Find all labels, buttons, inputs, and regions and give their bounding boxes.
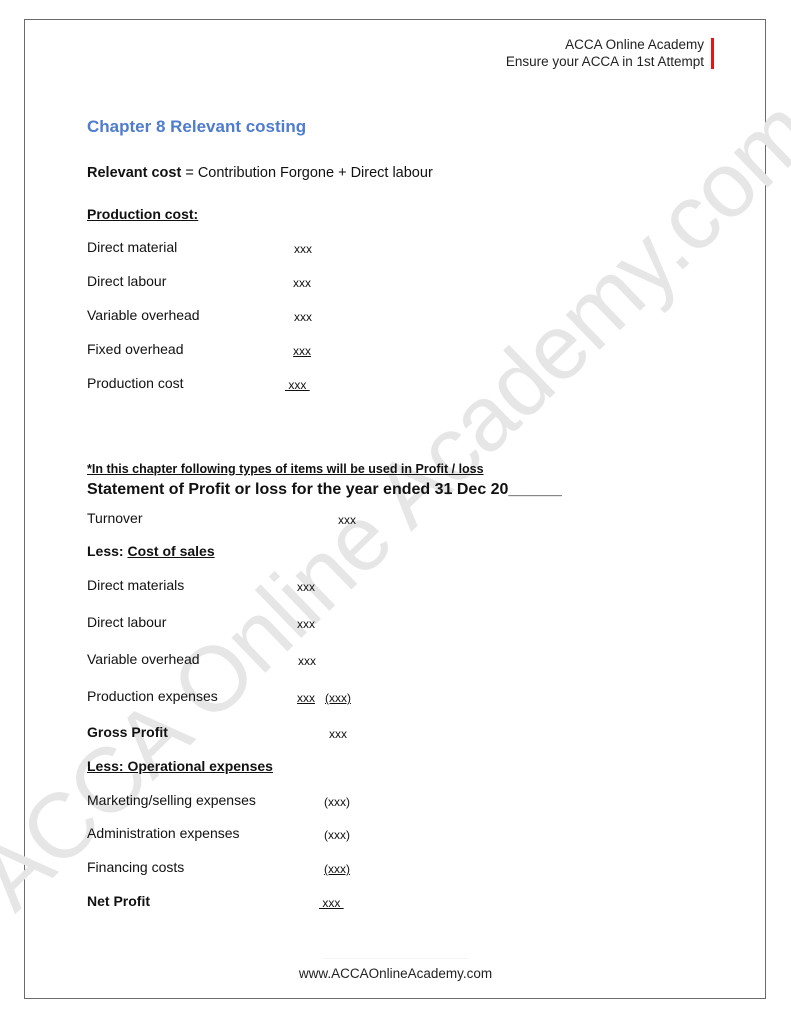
opex-row-label: Administration expenses [87,825,240,841]
cos-row-label: Direct materials [87,577,184,593]
footer-divider [323,958,468,959]
pc-row-label: Direct labour [87,273,166,289]
formula-term: Relevant cost [87,165,181,181]
cos-row-label: Direct labour [87,614,166,630]
chapter-note: *In this chapter following types of item… [87,462,484,476]
pc-row-value: xxx [294,242,312,256]
pc-row-label: Direct material [87,239,177,255]
pc-row-value: xxx [293,344,311,358]
opex-row-value: (xxx) [324,862,350,876]
net-profit-label: Net Profit [87,893,150,909]
cos-row-value: xxx [298,654,316,668]
footer-website: www.ACCAOnlineAcademy.com [0,966,791,981]
header-academy-name: ACCA Online Academy [506,36,704,53]
pc-row-label: Variable overhead [87,307,200,323]
relevant-cost-formula: Relevant cost = Contribution Forgone + D… [87,165,433,181]
production-cost-heading: Production cost: [87,206,198,222]
formula-definition: = Contribution Forgone + Direct labour [181,165,432,181]
cost-of-sales-title: Cost of sales [127,543,214,559]
net-profit-value: xxx [319,896,344,910]
pc-row-label: Production cost [87,375,184,391]
gross-profit-label: Gross Profit [87,724,168,740]
gross-profit-value: xxx [329,727,347,741]
pc-row-value: xxx [294,310,312,324]
pc-row-value: xxx [293,276,311,290]
operational-expenses-heading: Less: Operational expenses [87,758,273,774]
opex-row-label: Marketing/selling expenses [87,792,256,808]
header-accent-bar [711,38,714,69]
header-tagline: Ensure your ACCA in 1st Attempt [506,53,704,70]
header-branding: ACCA Online Academy Ensure your ACCA in … [506,36,704,70]
turnover-value: xxx [338,513,356,527]
cos-row-label: Variable overhead [87,651,200,667]
pc-row-label: Fixed overhead [87,341,184,357]
cost-of-sales-heading: Less: Cost of sales [87,543,215,559]
cos-row-value: xxx [297,580,315,594]
cos-row-label: Production expenses [87,688,218,704]
pc-total-value: xxx [285,378,310,392]
cos-total-value: (xxx) [325,691,351,705]
cos-row-value: xxx [297,617,315,631]
opex-row-label: Financing costs [87,859,184,875]
opex-row-value: (xxx) [324,795,350,809]
opex-row-value: (xxx) [324,828,350,842]
cos-row-value: xxx [297,691,315,705]
turnover-label: Turnover [87,510,143,526]
cost-of-sales-prefix: Less: [87,543,127,559]
statement-title: Statement of Profit or loss for the year… [87,481,562,499]
chapter-title: Chapter 8 Relevant costing [87,117,306,137]
